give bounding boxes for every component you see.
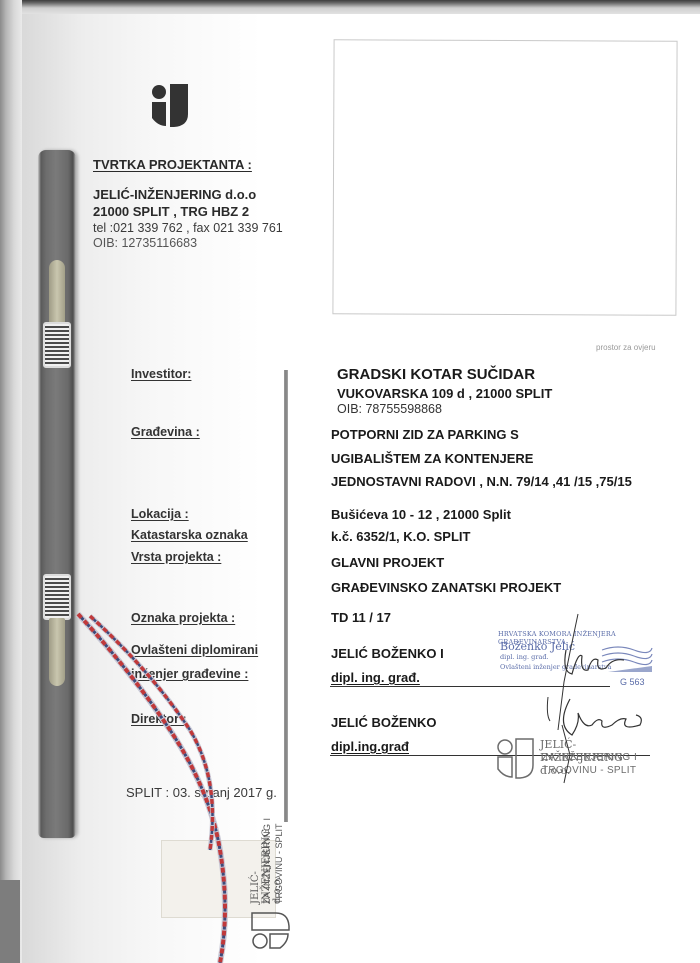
direktor-name: JELIĆ BOŽENKO — [331, 715, 436, 730]
seal-stamp-line-2: ZA INŽENJERING I — [262, 817, 272, 904]
investitor-oib: OIB: 78755598868 — [337, 402, 442, 416]
katastarska-oznaka-value: k.č. 6352/1, K.O. SPLIT — [331, 529, 470, 544]
scan-edge-left-bottom — [0, 880, 20, 963]
company-stamp: JELIĆ-INŽENJERING d.o.o. ZA INŽENJERING … — [496, 735, 656, 779]
date-line: SPLIT : 03. srpanj 2017 g. — [126, 785, 277, 800]
company-name: JELIĆ-INŽENJERING d.o.o — [93, 187, 256, 202]
label-investitor: Investitor: — [131, 367, 191, 381]
ovlasteni-inzenjer-title: dipl. ing. građ. — [331, 670, 420, 685]
vrsta-projekta-line-2: GRAĐEVINSKO ZANATSKI PROJEKT — [331, 580, 561, 595]
investitor-address: VUKOVARSKA 109 d , 21000 SPLIT — [337, 386, 552, 401]
company-stamp-line-2: ZA INŽENJERING I — [542, 752, 637, 763]
fastener-clip-top — [43, 322, 71, 368]
label-direktor: Direktor : — [131, 712, 187, 726]
label-ovlasteni-inzenjer-line2: inženjer građevine : — [131, 667, 248, 681]
scan-edge-left — [0, 0, 22, 963]
investitor-name: GRADSKI KOTAR SUČIDAR — [337, 366, 535, 383]
company-stamp-line-3: TRGOVINU - SPLIT — [542, 765, 636, 776]
stamp-waves-icon — [598, 642, 654, 676]
label-ovlasteni-inzenjer: Ovlašteni diplomirani — [131, 643, 258, 657]
stamp-engineer-role: Ovlašteni inženjer građevinarstva — [500, 663, 611, 671]
vrsta-projekta-line-1: GLAVNI PROJEKT — [331, 555, 444, 570]
company-stamp-logo-icon — [496, 737, 536, 779]
stamp-engineer-name: Boženko Jelić — [500, 640, 575, 653]
fastener-prong-top — [49, 260, 65, 328]
gradevina-line-1: POTPORNI ZID ZA PARKING S — [331, 427, 519, 442]
label-lokacija: Lokacija : — [131, 507, 189, 521]
company-oib: OIB: 12735116683 — [93, 236, 197, 250]
ovlasteni-inzenjer-name: JELIĆ BOŽENKO I — [331, 646, 444, 661]
fastener-clip-bottom — [43, 574, 71, 620]
stamp-area-caption: prostor za ovjeru — [596, 343, 656, 352]
stamp-engineer-title: dipl. ing. građ. — [500, 653, 549, 661]
label-gradevina: Građevina : — [131, 425, 200, 439]
label-oznaka-projekta: Oznaka projekta : — [131, 611, 235, 625]
gradevina-line-2: UGIBALIŠTEM ZA KONTENJERE — [331, 451, 533, 466]
seal-stamp-logo-icon — [250, 910, 290, 950]
company-phone-fax: tel :021 339 762 , fax 021 339 761 — [93, 221, 283, 235]
direktor-title: dipl.ing.građ — [331, 739, 409, 754]
stamp-license-number: G 563 — [620, 677, 645, 687]
label-vrsta-projekta: Vrsta projekta : — [131, 550, 221, 564]
binder-fastener — [38, 150, 76, 838]
gradevina-line-3: JEDNOSTAVNI RADOVI , N.N. 79/14 ,41 /15 … — [331, 474, 632, 489]
fastener-prong-bottom — [49, 618, 65, 686]
seal-stamp-line-3: TRGOVINU - SPLIT — [274, 823, 284, 904]
label-katastarska-oznaka: Katastarska oznaka — [131, 528, 248, 542]
seal-stamp: JELIĆ-INŽENJERING d.o.o. ZA INŽENJERING … — [250, 800, 290, 950]
oznaka-projekta-value: TD 11 / 17 — [331, 610, 391, 625]
company-section-label: TVRTKA PROJEKTANTA : — [93, 157, 252, 172]
company-address: 21000 SPLIT , TRG HBZ 2 — [93, 204, 249, 219]
ij-shield-logo-icon — [150, 82, 190, 128]
certification-stamp-area — [332, 39, 677, 315]
vertical-divider — [284, 370, 288, 822]
engineer-chamber-stamp: HRVATSKA KOMORA INŽENJERA GRAĐEVINARSTVA… — [498, 630, 656, 688]
lokacija-value: Bušićeva 10 - 12 , 21000 Split — [331, 507, 511, 522]
